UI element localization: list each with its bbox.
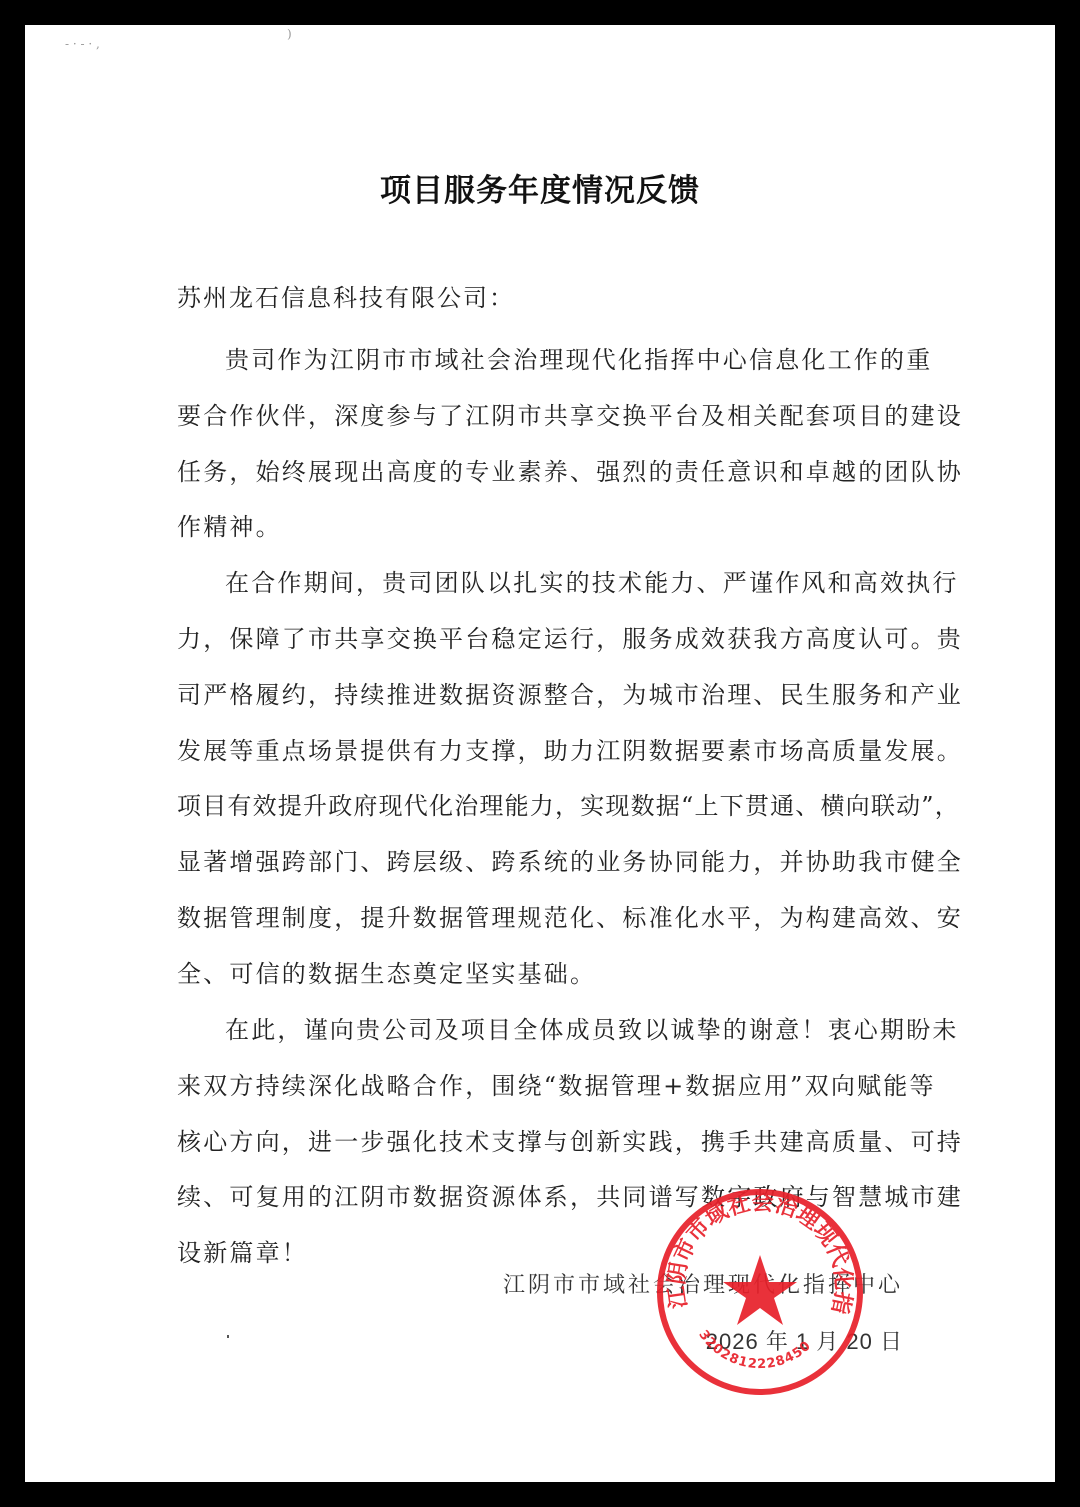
paragraph-2-line-2: 力，保障了市共享交换平台稳定运行，服务成效获我方高度认可。贵: [177, 619, 907, 654]
salutation: 苏州龙石信息科技有限公司：: [177, 278, 515, 313]
paragraph-1-line-4: 作精神。: [177, 507, 907, 542]
paragraph-1-line-3: 任务，始终展现出高度的专业素养、强烈的责任意识和卓越的团队协: [177, 452, 907, 487]
document-page: - · - · , ) 项目服务年度情况反馈 苏州龙石信息科技有限公司： 贵司作…: [25, 25, 1055, 1482]
scan-artifact: [227, 1335, 229, 1338]
document-title: 项目服务年度情况反馈: [25, 165, 1055, 210]
official-seal-icon: 江阴市市域社会治理现代化指挥中心 3202812228450: [655, 1187, 865, 1397]
paragraph-2-line-4: 发展等重点场景提供有力支撑，助力江阴数据要素市场高质量发展。: [177, 731, 907, 766]
paragraph-3-line-3: 核心方向，进一步强化技术支撑与创新实践，携手共建高质量、可持: [177, 1122, 907, 1157]
paragraph-2-line-1: 在合作期间，贵司团队以扎实的技术能力、严谨作风和高效执行: [225, 563, 907, 598]
paragraph-2-line-7: 数据管理制度，提升数据管理规范化、标准化水平，为构建高效、安: [177, 898, 907, 933]
paragraph-2-line-3: 司严格履约，持续推进数据资源整合，为城市治理、民生服务和产业: [177, 675, 907, 710]
paragraph-2-line-8: 全、可信的数据生态奠定坚实基础。: [177, 954, 907, 989]
paragraph-1-line-2: 要合作伙伴，深度参与了江阴市共享交换平台及相关配套项目的建设: [177, 396, 907, 431]
paragraph-1-line-1: 贵司作为江阴市市域社会治理现代化指挥中心信息化工作的重: [225, 340, 907, 375]
paragraph-2-line-5: 项目有效提升政府现代化治理能力，实现数据“上下贯通、横向联动”，: [177, 786, 907, 821]
scan-artifact: ): [287, 27, 292, 41]
scan-artifact: - · - · ,: [65, 37, 100, 51]
svg-text:3202812228450: 3202812228450: [695, 1328, 814, 1372]
paragraph-3-line-2: 来双方持续深化战略合作，围绕“数据管理+数据应用”双向赋能等: [177, 1066, 907, 1101]
paragraph-2-line-6: 显著增强跨部门、跨层级、跨系统的业务协同能力，并协助我市健全: [177, 842, 907, 877]
paragraph-3-line-1: 在此，谨向贵公司及项目全体成员致以诚挚的谢意！衷心期盼未: [225, 1010, 907, 1045]
